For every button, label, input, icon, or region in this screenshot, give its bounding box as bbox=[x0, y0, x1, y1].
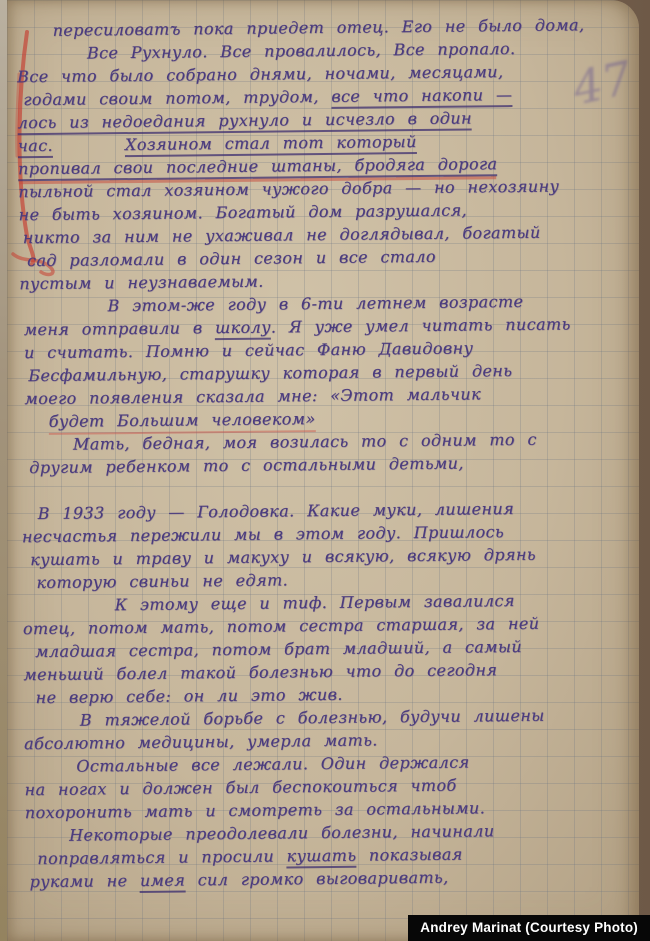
handwritten-text: меньший болел такой болезнью что до сего… bbox=[23, 660, 497, 684]
handwritten-text: В 1933 году — Голодовка. Какие муки, лиш… bbox=[38, 499, 515, 523]
handwritten-text: отец, потом мать, потом сестра старшая, … bbox=[23, 614, 540, 638]
handwritten-text: несчастья пережили мы в этом году. Пришл… bbox=[22, 522, 504, 546]
handwritten-text: сил громко выговаривать, bbox=[185, 868, 449, 890]
handwritten-text: младшая сестра, потом брат младший, а са… bbox=[35, 637, 522, 661]
handwritten-text: абсолютно медицины, умерла мать. bbox=[24, 730, 378, 753]
handwritten-text: . Я уже умел читать писать bbox=[271, 314, 571, 336]
handwritten-text: моего появления сказала мне: «Этот мальч… bbox=[24, 384, 481, 408]
handwritten-text: пыльной стал хозяином чужого добра — но … bbox=[18, 177, 559, 202]
handwritten-text: Все что было собрано днями, ночами, меся… bbox=[17, 62, 503, 86]
underlined-phrase: все что накопи — bbox=[331, 85, 512, 109]
handwritten-text: Все Рухнуло. Все провалилось, Все пропал… bbox=[87, 39, 516, 62]
handwritten-text: никто за ним не ухаживал не доглядывал, … bbox=[23, 223, 541, 247]
handwritten-text: В этом-же году в 6-ти летнем возрасте bbox=[107, 292, 523, 315]
underlined-phrase: школу bbox=[215, 318, 271, 341]
photo-credit-caption: Andrey Marinat (Courtesy Photo) bbox=[408, 915, 650, 941]
handwritten-text: кушать и траву и макуху и всякую, всякую… bbox=[30, 545, 536, 569]
handwritten-text: сад разломали в один сезон и все стало bbox=[27, 247, 436, 270]
handwritten-text: пустым и неузнаваемым. bbox=[19, 272, 264, 294]
manuscript-lines: пересиловатъ пока приедет отец. Его не б… bbox=[16, 0, 635, 893]
handwritten-text: и считать. Помню и сейчас Фаню Давидовну bbox=[24, 338, 473, 362]
photograph-of-diary-page: 47 пересиловатъ пока приедет отец. Его н… bbox=[0, 0, 650, 941]
handwritten-text: Мать, бедная, моя возилась то с одним то… bbox=[73, 430, 537, 454]
page-binding-edge bbox=[0, 0, 7, 941]
handwritten-text: не быть хозяином. Богатый дом разрушался… bbox=[18, 201, 467, 225]
underlined-phrase: имея bbox=[140, 870, 185, 892]
underlined-phrase: час. bbox=[18, 136, 53, 158]
underlined-phrase: кушать bbox=[286, 846, 356, 869]
handwritten-text: Некоторые преодолевали болезни, начинали bbox=[69, 821, 495, 844]
handwritten-text: на ногах и должен был беспокоиться чтоб bbox=[24, 776, 456, 800]
handwritten-text: поправляться и просили bbox=[37, 846, 286, 868]
handwritten-text: меня отправили в bbox=[24, 318, 215, 339]
handwritten-text: годами своим потом, трудом, bbox=[23, 87, 331, 109]
handwritten-text: К этому еще и тиф. Первым завалился bbox=[115, 591, 515, 614]
handwritten-text: В тяжелой борьбе с болезнью, будучи лише… bbox=[80, 706, 545, 730]
handwritten-text: не верю себе: он ли это жив. bbox=[36, 685, 343, 707]
handwritten-text: другим ребенком то с остальными детьми, bbox=[29, 454, 464, 478]
handwritten-text: Остальные все лежали. Один держался bbox=[76, 753, 469, 776]
notebook-grid-page: 47 пересиловатъ пока приедет отец. Его н… bbox=[7, 0, 639, 941]
handwritten-text: Бесфамильную, старушку которая в первый … bbox=[28, 361, 512, 385]
handwritten-text: которую свиньи не едят. bbox=[36, 570, 288, 592]
handwritten-text: похоронить мать и смотреть за остальными… bbox=[25, 798, 486, 822]
handwritten-text: показывая bbox=[356, 845, 463, 865]
handwritten-text: руками не bbox=[29, 871, 140, 891]
